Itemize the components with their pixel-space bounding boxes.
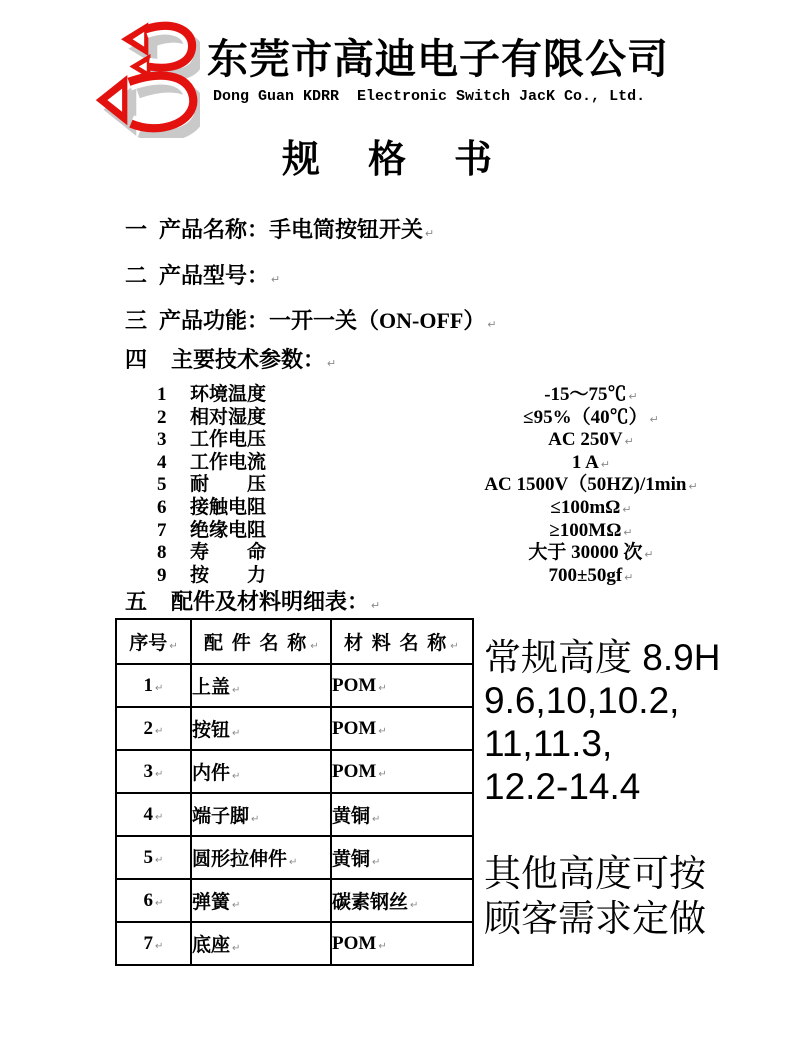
table-row: 4↵ 端子脚↵ 黄铜↵ [116, 793, 473, 836]
table-row: 3↵ 内件↵ POM↵ [116, 750, 473, 793]
note-line: 其他高度可按 [484, 851, 706, 896]
paragraph-mark: ↵ [155, 683, 163, 694]
paragraph-mark: ↵ [487, 319, 496, 331]
param-number: 2 [157, 407, 190, 429]
standard-heights-note: 常规高度 8.9H 9.6,10,10.2, 11,11.3, 12.2-14.… [484, 636, 720, 808]
paragraph-mark: ↵ [232, 728, 240, 739]
section-label: 主要技术参数： [171, 347, 325, 372]
param-value: AC 1500V（50HZ)/1min↵ [458, 469, 724, 496]
table-row: 5↵ 圆形拉伸件↵ 黄铜↵ [116, 836, 473, 879]
table-row: 7↵ 底座↵ POM↵ [116, 922, 473, 965]
section-parts-list: 五配件及材料明细表：↵ [125, 585, 380, 616]
note-line: 12.2-14.4 [484, 765, 720, 808]
paragraph-mark: ↵ [624, 572, 633, 584]
section-number: 五 [125, 585, 171, 616]
section-number: 三 [125, 304, 159, 335]
note-line: 常规高度 8.9H [484, 636, 720, 679]
document-title: 规格书 [0, 128, 774, 183]
header-part-name: 配 件 名 称↵ [191, 619, 331, 664]
section-label: 产品功能： [159, 308, 269, 333]
paragraph-mark: ↵ [410, 900, 418, 911]
param-row-lifespan: 8 寿 命 大于 30000 次↵ [157, 537, 727, 560]
parts-materials-table: 序号↵ 配 件 名 称↵ 材 料 名 称↵ 1↵ 上盖↵ POM↵ 2↵ 按钮↵… [115, 618, 474, 966]
paragraph-mark: ↵ [688, 481, 697, 493]
param-number: 3 [157, 429, 190, 451]
section-label: 产品型号： [159, 263, 269, 288]
paragraph-mark: ↵ [155, 769, 163, 780]
param-number: 9 [157, 565, 190, 587]
section-label: 配件及材料明细表： [171, 589, 369, 614]
paragraph-mark: ↵ [378, 726, 386, 737]
paragraph-mark: ↵ [378, 941, 386, 952]
paragraph-mark: ↵ [310, 641, 318, 652]
note-line: 11,11.3, [484, 722, 720, 765]
section-value: 一开一关（ON-OFF） [269, 308, 485, 333]
paragraph-mark: ↵ [372, 814, 380, 825]
section-product-model: 二产品型号：↵ [125, 259, 280, 290]
param-row-withstand-voltage: 5 耐 压 AC 1500V（50HZ)/1min↵ [157, 469, 727, 492]
paragraph-mark: ↵ [644, 549, 653, 561]
table-header-row: 序号↵ 配 件 名 称↵ 材 料 名 称↵ [116, 619, 473, 664]
paragraph-mark: ↵ [289, 857, 297, 868]
note-line: 9.6,10,10.2, [484, 679, 720, 722]
param-name: 按 力 [190, 560, 458, 587]
paragraph-mark: ↵ [155, 812, 163, 823]
section-value: 手电筒按钮开关 [269, 217, 423, 242]
param-number: 4 [157, 452, 190, 474]
paragraph-mark: ↵ [271, 274, 280, 286]
paragraph-mark: ↵ [169, 641, 177, 652]
param-value: ≤100mΩ↵ [458, 497, 724, 519]
paragraph-mark: ↵ [425, 228, 434, 240]
param-number: 1 [157, 384, 190, 406]
paragraph-mark: ↵ [372, 857, 380, 868]
paragraph-mark: ↵ [625, 436, 634, 448]
custom-heights-note: 其他高度可按 顾客需求定做 [484, 851, 706, 941]
param-value: 大于 30000 次↵ [458, 537, 724, 564]
note-line: 顾客需求定做 [484, 896, 706, 941]
section-product-name: 一产品名称：手电筒按钮开关↵ [125, 213, 434, 244]
company-name-english: Dong Guan KDRR Electronic Switch JacK Co… [213, 88, 645, 105]
paragraph-mark: ↵ [378, 769, 386, 780]
paragraph-mark: ↵ [371, 600, 380, 612]
spec-document-page: 东莞市高迪电子有限公司 Dong Guan KDRR Electronic Sw… [0, 0, 800, 1040]
paragraph-mark: ↵ [232, 900, 240, 911]
paragraph-mark: ↵ [232, 771, 240, 782]
param-row-ambient-temp: 1 环境温度 -15～75℃↵ [157, 379, 727, 402]
param-row-relative-humidity: 2 相对湿度 ≤95%（40℃）↵ [157, 402, 727, 425]
paragraph-mark: ↵ [378, 683, 386, 694]
section-label: 产品名称： [159, 217, 269, 242]
paragraph-mark: ↵ [650, 414, 659, 426]
param-number: 5 [157, 474, 190, 496]
company-name-chinese: 东莞市高迪电子有限公司 [207, 26, 669, 85]
param-number: 8 [157, 542, 190, 564]
section-tech-params: 四主要技术参数：↵ [125, 343, 336, 374]
param-value: ≤95%（40℃）↵ [458, 402, 724, 429]
header-serial: 序号↵ [116, 619, 191, 664]
table-row: 1↵ 上盖↵ POM↵ [116, 664, 473, 707]
param-value: AC 250V↵ [458, 429, 724, 451]
paragraph-mark: ↵ [155, 941, 163, 952]
table-row: 2↵ 按钮↵ POM↵ [116, 707, 473, 750]
tech-parameter-list: 1 环境温度 -15～75℃↵ 2 相对湿度 ≤95%（40℃）↵ 3 工作电压… [157, 379, 727, 582]
param-number: 6 [157, 497, 190, 519]
section-number: 二 [125, 259, 159, 290]
paragraph-mark: ↵ [622, 504, 631, 516]
paragraph-mark: ↵ [251, 814, 259, 825]
paragraph-mark: ↵ [155, 898, 163, 909]
paragraph-mark: ↵ [327, 358, 336, 370]
paragraph-mark: ↵ [450, 641, 458, 652]
paragraph-mark: ↵ [232, 685, 240, 696]
paragraph-mark: ↵ [155, 855, 163, 866]
param-value: 700±50gf↵ [458, 565, 724, 587]
section-number: 一 [125, 213, 159, 244]
table-row: 6↵ 弹簧↵ 碳素钢丝↵ [116, 879, 473, 922]
param-number: 7 [157, 520, 190, 542]
paragraph-mark: ↵ [232, 943, 240, 954]
paragraph-mark: ↵ [155, 726, 163, 737]
header-material-name: 材 料 名 称↵ [331, 619, 473, 664]
section-number: 四 [125, 343, 171, 374]
company-logo-icon [82, 14, 200, 138]
section-product-function: 三产品功能：一开一关（ON-OFF）↵ [125, 304, 497, 335]
